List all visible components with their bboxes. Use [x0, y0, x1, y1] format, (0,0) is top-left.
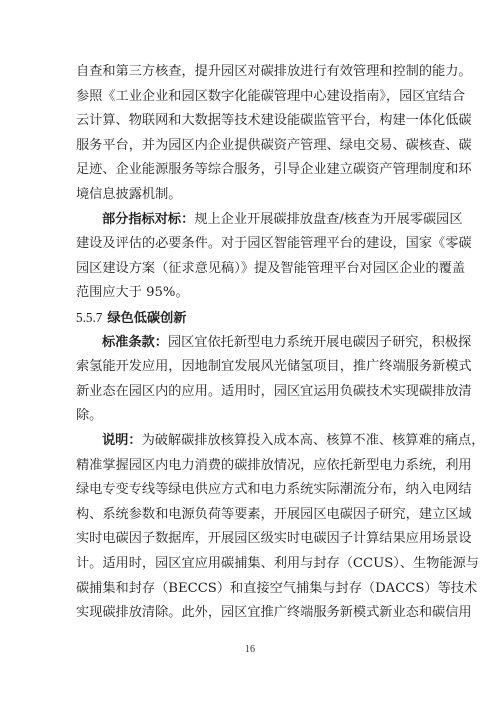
body-text-line: 范围应大于 95%。 [76, 283, 424, 303]
body-text-line: 索氢能开发应用，因地制宜发展风光储氢项目，推广终端服务新模式 [76, 357, 424, 377]
indicator-label: 部分指标对标： [102, 212, 194, 227]
standard-paragraph-first-line: 标准条款：园区宜依托新型电力系统开展电碳因子研究，积极探 [102, 333, 424, 353]
body-text-line: 实现碳排放清除。此外，园区宜推广终端服务新模式新业态和碳信用 [76, 603, 424, 623]
section-number: 5.5.7 [76, 310, 102, 325]
body-text-line: 除。 [76, 406, 424, 426]
explanation-label: 说明： [102, 433, 142, 448]
body-text-line: 绿电专变专线等绿电供应方式和电力系统实际潮流分布，纳入电网结 [76, 480, 424, 500]
indicator-paragraph-first-line: 部分指标对标：规上企业开展碳排放盘查/核查为开展零碳园区 [102, 210, 424, 230]
body-text-line: 境信息披露机制。 [76, 185, 424, 205]
body-text-line: 园区建设方案（征求意见稿）》提及智能管理平台对园区企业的覆盖 [76, 259, 424, 279]
standard-label: 标准条款： [102, 335, 168, 350]
indicator-text: 规上企业开展碳排放盘查/核查为开展零碳园区 [194, 212, 462, 227]
body-text-line: 构、系统参数和电源负荷等要素，开展园区电碳因子研究，建立区域 [76, 505, 424, 525]
body-text-line: 新业态在园区内的应用。适用时，园区宜运用负碳技术实现碳排放清 [76, 382, 424, 402]
page-number: 16 [0, 644, 500, 655]
body-text-line: 精准掌握园区内电力消费的碳排放情况，应依托新型电力系统，利用 [76, 456, 424, 476]
body-text-line: 参照《工业企业和园区数字化能碳管理中心建设指南》，园区宜结合 [76, 87, 424, 107]
section-title: 绿色低碳创新 [107, 311, 186, 326]
body-text-line: 自查和第三方核查，提升园区对碳排放进行有效管理和控制的能力。 [76, 62, 424, 82]
body-text-line: 建设及评估的必要条件。对于园区智能管理平台的建设，国家《零碳 [76, 234, 424, 254]
body-text-line: 足迹、企业能源服务等综合服务，引导企业建立碳资产管理制度和环 [76, 160, 424, 180]
body-text-line: 计。适用时，园区宜应用碳捕集、利用与封存（CCUS）、生物能源与 [76, 554, 424, 574]
section-heading: 5.5.7绿色低碳创新 [76, 308, 424, 328]
document-page: 自查和第三方核查，提升园区对碳排放进行有效管理和控制的能力。 参照《工业企业和园… [0, 0, 500, 707]
body-text-line: 实时电碳因子数据库，开展园区级实时电碳因子计算结果应用场景设 [76, 529, 424, 549]
standard-text: 园区宜依托新型电力系统开展电碳因子研究，积极探 [168, 335, 471, 350]
explanation-text: 为破解碳排放核算投入成本高、核算不准、核算难的痛点， [142, 433, 485, 448]
body-text-line: 云计算、物联网和大数据等技术建设能碳监管平台，构建一体化低碳 [76, 111, 424, 131]
body-text-line: 服务平台，并为园区内企业提供碳资产管理、绿电交易、碳核查、碳 [76, 136, 424, 156]
explanation-paragraph-first-line: 说明：为破解碳排放核算投入成本高、核算不准、核算难的痛点， [102, 431, 424, 451]
body-text-line: 碳捕集和封存（BECCS）和直接空气捕集与封存（DACCS）等技术 [76, 579, 424, 599]
